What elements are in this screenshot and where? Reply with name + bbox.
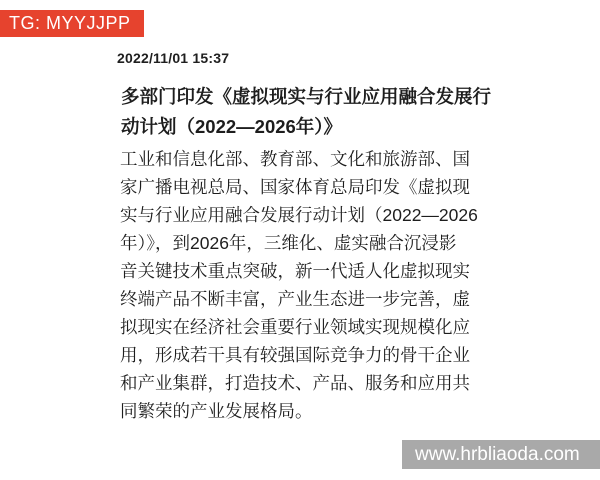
site-watermark: www.hrbliaoda.com bbox=[402, 440, 600, 469]
article-body-line: 年）》，到2026年，三维化、虚实融合沉浸影 bbox=[120, 229, 478, 257]
article-body-line: 家广播电视总局、国家体育总局印发《虚拟现 bbox=[120, 173, 478, 201]
tg-channel-banner: TG: MYYJJPP bbox=[0, 10, 144, 37]
article-body-line: 同繁荣的产业发展格局。 bbox=[120, 397, 478, 425]
article-title-line: 多部门印发《虚拟现实与行业应用融合发展行 bbox=[121, 82, 491, 112]
post-timestamp: 2022/11/01 15:37 bbox=[117, 50, 229, 66]
article-title-line: 动计划（2022—2026年）》 bbox=[121, 112, 491, 142]
article-title: 多部门印发《虚拟现实与行业应用融合发展行动计划（2022—2026年）》 bbox=[121, 82, 491, 142]
article-body: 工业和信息化部、教育部、文化和旅游部、国家广播电视总局、国家体育总局印发《虚拟现… bbox=[120, 145, 478, 425]
article-body-line: 和产业集群，打造技术、产品、服务和应用共 bbox=[120, 369, 478, 397]
article-body-line: 拟现实在经济社会重要行业领域实现规模化应 bbox=[120, 313, 478, 341]
article-body-line: 工业和信息化部、教育部、文化和旅游部、国 bbox=[120, 145, 478, 173]
article-page: TG: MYYJJPP 2022/11/01 15:37 多部门印发《虚拟现实与… bbox=[0, 0, 600, 480]
article-body-line: 音关键技术重点突破，新一代适人化虚拟现实 bbox=[120, 257, 478, 285]
site-watermark-url: www.hrbliaoda.com bbox=[415, 444, 580, 465]
tg-channel-label: TG: MYYJJPP bbox=[9, 13, 131, 33]
article-body-line: 终端产品不断丰富，产业生态进一步完善，虚 bbox=[120, 285, 478, 313]
article-body-line: 用，形成若干具有较强国际竞争力的骨干企业 bbox=[120, 341, 478, 369]
article-body-line: 实与行业应用融合发展行动计划（2022—2026 bbox=[120, 201, 478, 229]
